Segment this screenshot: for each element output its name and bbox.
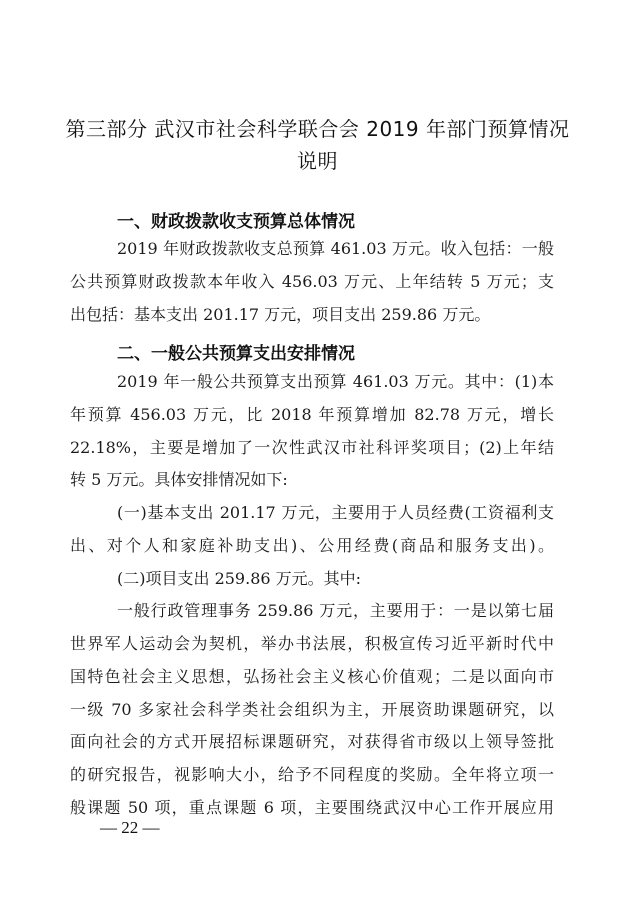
page-number: — 22 —	[100, 818, 160, 838]
paragraph-line: (一)基本支出 201.17 万元，主要用于人员经费(工资福利支	[117, 502, 554, 524]
document-title-line-2: 说明	[0, 145, 635, 174]
paragraph-line: 的研究报告，视影响大小，给予不同程度的奖励。全年将立项一	[70, 764, 554, 786]
paragraph-line: 出包括：基本支出 201.17 万元，项目支出 259.86 万元。	[70, 304, 490, 326]
paragraph-line: 般课题 50 项，重点课题 6 项，主要围绕武汉中心工作开展应用	[70, 797, 554, 819]
paragraph-line: (二)项目支出 259.86 万元。其中:	[117, 568, 361, 590]
paragraph-line: 国特色社会主义思想，弘扬社会主义核心价值观；二是以面向市	[70, 666, 554, 688]
document-page: 第三部分 武汉市社会科学联合会 2019 年部门预算情况 说明 一、财政拨款收支…	[0, 0, 635, 898]
section-heading-1: 一、财政拨款收支预算总体情况	[117, 207, 355, 232]
paragraph-line: 出、对个人和家庭补助支出)、公用经费(商品和服务支出)。	[70, 535, 554, 557]
paragraph-line: 公共预算财政拨款本年收入 456.03 万元、上年结转 5 万元；支	[70, 271, 554, 293]
paragraph-line: 2019 年一般公共预算支出预算 461.03 万元。其中：(1)本	[117, 371, 554, 393]
paragraph-line: 一般行政管理事务 259.86 万元，主要用于：一是以第七届	[117, 600, 554, 622]
paragraph-line: 世界军人运动会为契机，举办书法展，积极宣传习近平新时代中	[70, 633, 554, 655]
paragraph-line: 年预算 456.03 万元，比 2018 年预算增加 82.78 万元，增长	[70, 404, 554, 426]
paragraph-line: 面向社会的方式开展招标课题研究，对获得省市级以上领导签批	[70, 731, 554, 753]
document-title-line-1: 第三部分 武汉市社会科学联合会 2019 年部门预算情况	[0, 113, 635, 142]
paragraph-line: 转 5 万元。具体安排情况如下:	[70, 469, 288, 491]
section-heading-2: 二、一般公共预算支出安排情况	[117, 339, 355, 364]
paragraph-line: 22.18%，主要是增加了一次性武汉市社科评奖项目；(2)上年结	[70, 437, 554, 459]
paragraph-line: 一级 70 多家社会科学类社会组织为主，开展资助课题研究，以	[70, 699, 554, 721]
paragraph-line: 2019 年财政拨款收支总预算 461.03 万元。收入包括：一般	[117, 238, 554, 260]
